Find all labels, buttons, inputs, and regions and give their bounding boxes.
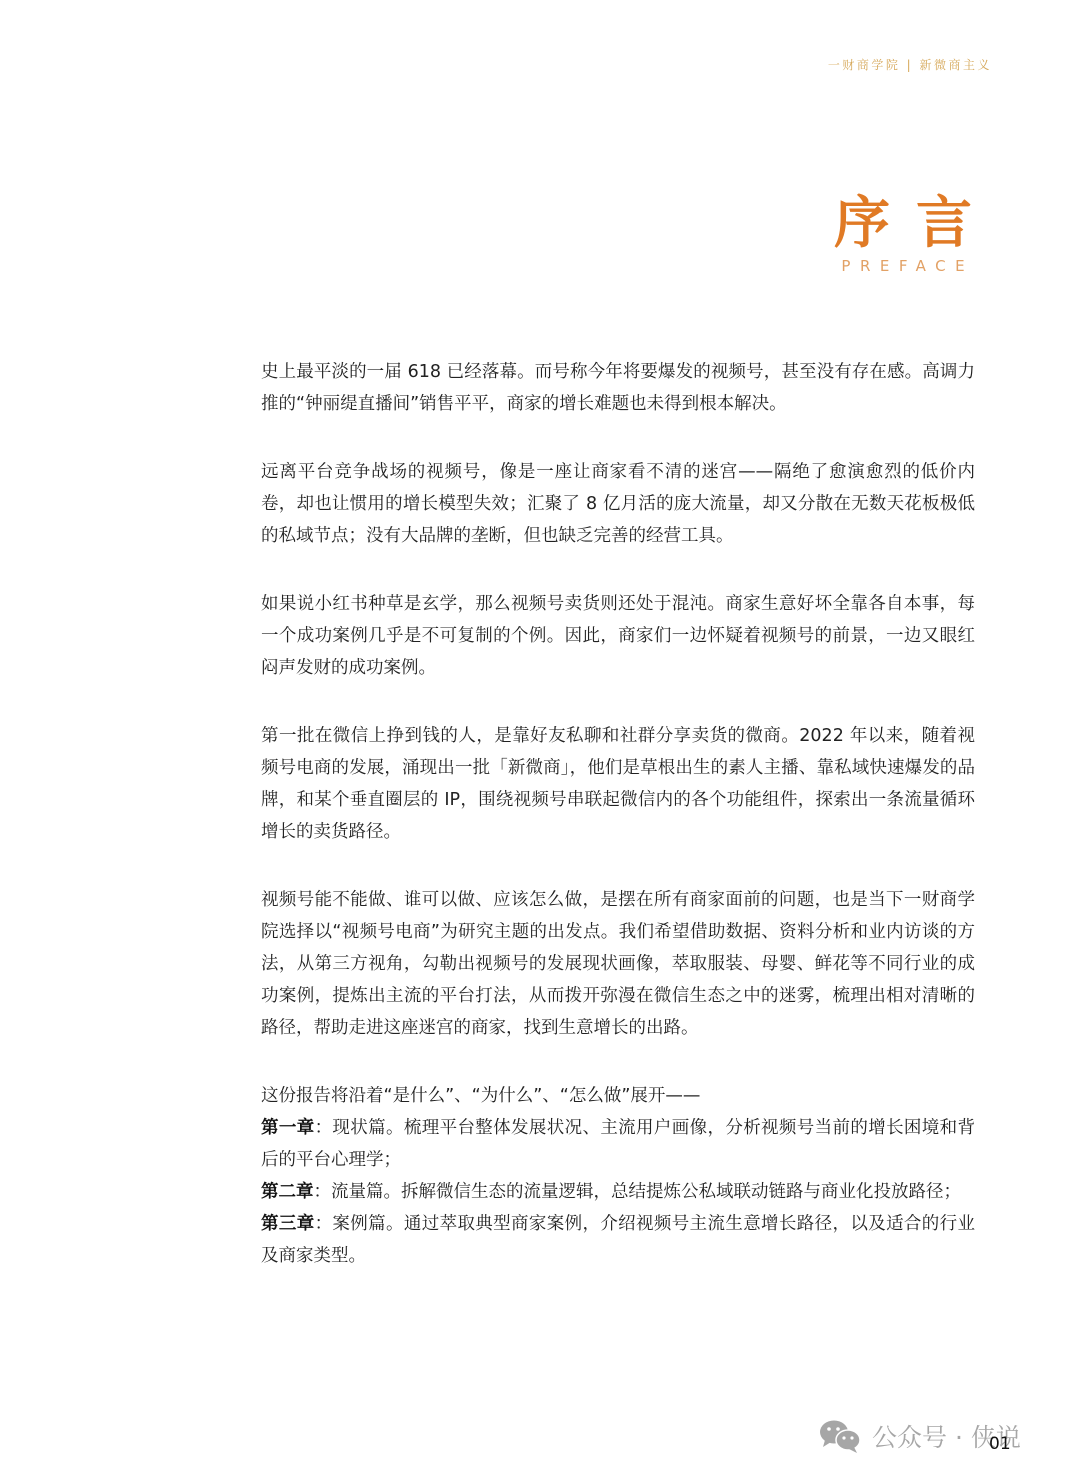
paragraph: 史上最平淡的一届 618 已经落幕。而号称今年将要爆发的视频号，甚至没有存在感。… (261, 356, 975, 420)
wechat-icon (818, 1418, 862, 1454)
page-number: 01 (989, 1434, 1011, 1454)
chapter-label: 第二章 (261, 1182, 314, 1202)
chapter-item-2: 第二章：流量篇。拆解微信生态的流量逻辑，总结提炼公私域联动链路与商业化投放路径； (261, 1176, 975, 1208)
paragraph: 远离平台竞争战场的视频号，像是一座让商家看不清的迷宫——隔绝了愈演愈烈的低价内卷… (261, 456, 975, 552)
paragraph: 第一批在微信上挣到钱的人，是靠好友私聊和社群分享卖货的微商。2022 年以来，随… (261, 720, 975, 848)
paragraph: 如果说小红书种草是玄学，那么视频号卖货则还处于混沌。商家生意好坏全靠各自本事，每… (261, 588, 975, 684)
outline-intro: 这份报告将沿着“是什么”、“为什么”、“怎么做”展开—— (261, 1080, 975, 1112)
preface-body: 史上最平淡的一届 618 已经落幕。而号称今年将要爆发的视频号，甚至没有存在感。… (261, 356, 975, 1272)
chapter-text: ：现状篇。梳理平台整体发展状况、主流用户画像，分析视频号当前的增长困境和背后的平… (261, 1118, 975, 1170)
header-brand: 一财商学院 | 新微商主义 (828, 56, 992, 73)
chapter-label: 第三章 (261, 1214, 315, 1234)
title-block: 序言 PREFACE (834, 192, 972, 275)
chapter-item-3: 第三章：案例篇。通过萃取典型商家案例，介绍视频号主流生意增长路径，以及适合的行业… (261, 1208, 975, 1272)
chapter-item-1: 第一章：现状篇。梳理平台整体发展状况、主流用户画像，分析视频号当前的增长困境和背… (261, 1112, 975, 1176)
chapter-label: 第一章 (261, 1118, 315, 1138)
chapter-text: ：流量篇。拆解微信生态的流量逻辑，总结提炼公私域联动链路与商业化投放路径； (314, 1182, 962, 1202)
paragraph: 视频号能不能做、谁可以做、应该怎么做，是摆在所有商家面前的问题，也是当下一财商学… (261, 884, 975, 1044)
page-title: 序言 (834, 192, 998, 256)
chapter-text: ：案例篇。通过萃取典型商家案例，介绍视频号主流生意增长路径，以及适合的行业及商家… (261, 1214, 975, 1266)
page-subtitle: PREFACE (834, 257, 982, 275)
